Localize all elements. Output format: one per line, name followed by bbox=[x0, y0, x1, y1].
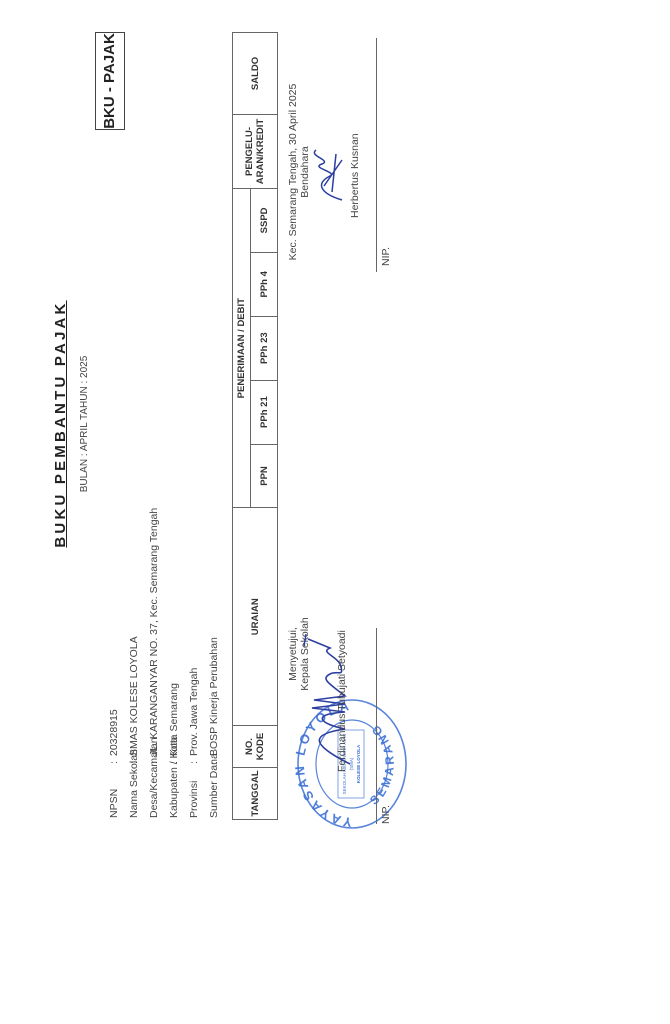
info-colon: : bbox=[204, 756, 224, 764]
info-row-desa-kecamatan: Desa/Kecamatan : JL. KARANGANYAR NO. 37,… bbox=[144, 508, 164, 818]
document-title: BUKU PEMBANTU PAJAK bbox=[52, 294, 69, 554]
info-value: 20328915 bbox=[104, 709, 124, 756]
document-subtitle: BULAN : APRIL TAHUN : 2025 bbox=[79, 294, 90, 554]
info-row-nama-sekolah: Nama Sekolah : SMAS KOLESE LOYOLA bbox=[124, 508, 144, 818]
treasurer-signature bbox=[302, 144, 350, 204]
header-pph21: PPh 21 bbox=[251, 380, 278, 444]
principal-signature bbox=[300, 624, 360, 774]
bku-table: TANGGAL NO. KODE URAIAN PENERIMAAN / DEB… bbox=[232, 32, 278, 820]
header-uraian: URAIAN bbox=[233, 508, 278, 726]
info-row-npsn: NPSN : 20328915 bbox=[104, 508, 124, 818]
info-value: BOSP Kinerja Perubahan bbox=[204, 637, 224, 756]
principal-name: Ferdinandus Tuhujati Setyoadi bbox=[336, 630, 348, 772]
treasurer-name: Herbertus Kusnan bbox=[349, 133, 361, 218]
info-colon: : bbox=[164, 756, 184, 764]
signature-line-left bbox=[376, 628, 377, 824]
info-value: Prov. Jawa Tengah bbox=[184, 668, 204, 756]
info-value: SMAS KOLESE LOYOLA bbox=[124, 636, 144, 756]
svg-text:SEMARANG: SEMARANG bbox=[367, 720, 397, 807]
treasurer-nip: NIP. bbox=[380, 247, 392, 266]
header-pengeluaran-kredit: PENGELU- ARAN/KREDIT bbox=[233, 114, 278, 188]
school-info: NPSN : 20328915 Nama Sekolah : SMAS KOLE… bbox=[104, 508, 224, 818]
info-colon: : bbox=[124, 756, 144, 764]
info-label: Provinsi bbox=[184, 764, 204, 818]
info-value: Kota Semarang bbox=[164, 683, 184, 756]
place-date: Kec. Semarang Tengah, 30 April 2025 bbox=[287, 72, 299, 272]
info-colon: : bbox=[144, 756, 164, 764]
info-label: Kabupaten / Kota bbox=[164, 764, 184, 818]
info-label: NPSN bbox=[104, 764, 124, 818]
header-pph4: PPh 4 bbox=[251, 252, 278, 316]
info-colon: : bbox=[104, 756, 124, 764]
info-value: JL. KARANGANYAR NO. 37, Kec. Semarang Te… bbox=[144, 508, 164, 756]
info-label: Desa/Kecamatan bbox=[144, 764, 164, 818]
bku-pajak-badge: BKU - PAJAK bbox=[95, 32, 125, 130]
info-row-provinsi: Provinsi : Prov. Jawa Tengah bbox=[184, 508, 204, 818]
header-ppn: PPN bbox=[251, 444, 278, 508]
info-colon: : bbox=[184, 756, 204, 764]
info-label: Sumber Dana bbox=[204, 764, 224, 818]
header-penerimaan-debit: PENERIMAAN / DEBIT bbox=[233, 188, 251, 507]
signature-line-right bbox=[376, 38, 377, 272]
header-pengeluaran-line2: ARAN/KREDIT bbox=[255, 119, 266, 184]
header-pengeluaran-line1: PENGELU- bbox=[244, 127, 255, 176]
principal-nip: NIP. bbox=[380, 805, 392, 824]
header-saldo: SALDO bbox=[233, 33, 278, 115]
info-row-sumber-dana: Sumber Dana : BOSP Kinerja Perubahan bbox=[204, 508, 224, 818]
header-pph23: PPh 23 bbox=[251, 316, 278, 380]
header-sspd: SSPD bbox=[251, 188, 278, 252]
info-row-kabupaten-kota: Kabupaten / Kota : Kota Semarang bbox=[164, 508, 184, 818]
header-no-kode: NO. KODE bbox=[233, 726, 278, 768]
info-label: Nama Sekolah bbox=[124, 764, 144, 818]
document-page: BKU - PAJAK BUKU PEMBANTU PAJAK BULAN : … bbox=[0, 0, 670, 1024]
stamp-bottom-text: SEMARANG bbox=[367, 720, 397, 807]
header-tanggal: TANGGAL bbox=[233, 768, 278, 820]
